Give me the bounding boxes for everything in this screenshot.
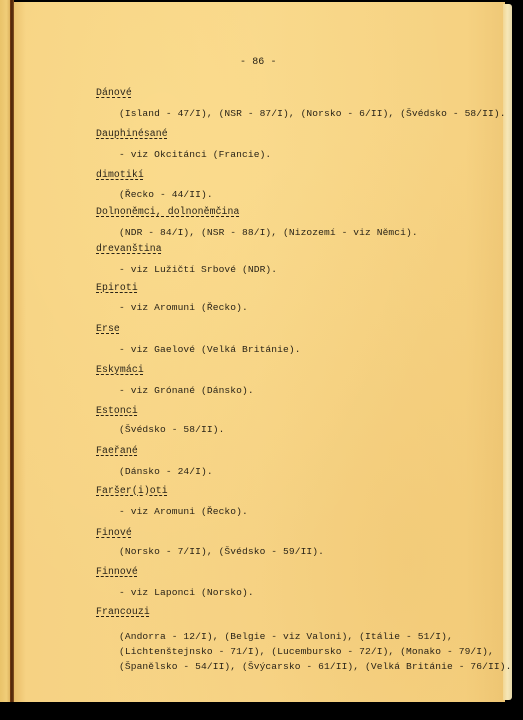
entry-text: - viz Aromuni (Řecko). [119,302,248,313]
entry-headword: Finnové [96,566,138,577]
entry-headword: Francouzi [96,606,150,617]
entry-headword: Epiroti [96,282,138,293]
entry-headword: Faršer(i)oti [96,485,168,496]
entry-headword: Finové [96,527,132,538]
entry-text: (Norsko - 7/II), (Švédsko - 59/II). [119,546,324,557]
entry-headword: dimotikí [96,169,144,180]
entry-text: - viz Aromuni (Řecko). [119,506,248,517]
entry-headword: drevanština [96,243,162,254]
entry-text: (Švédsko - 58/II). [119,424,224,435]
entry-text: (Dánsko - 24/I). [119,466,213,477]
page-number: - 86 - [240,57,277,68]
entry-text: - viz Okcitánci (Francie). [119,149,271,160]
entry-headword: Dauphinésané [96,128,168,139]
entry-headword: Dolnoněmci, dolnoněmčina [96,206,240,217]
entry-headword: Faeřané [96,445,138,456]
entry-headword: Dánové [96,87,132,98]
typewritten-text: - 86 - Dánové (Island - 47/I), (NSR - 87… [0,0,523,720]
entry-text: (Španělsko - 54/II), (Švýcarsko - 61/II)… [119,661,511,672]
entry-text: (Andorra - 12/I), (Belgie - viz Valoni),… [119,631,453,642]
entry-headword: Erse [96,323,120,334]
entry-text: (Lichtenštejnsko - 71/I), (Lucembursko -… [119,646,494,657]
entry-headword: Eskymáci [96,364,144,375]
entry-headword: Estonci [96,405,138,416]
entry-text: - viz Laponci (Norsko). [119,587,254,598]
entry-text: (Řecko - 44/II). [119,189,213,200]
entry-text: - viz Gaelové (Velká Británie). [119,344,301,355]
entry-text: - viz Lužičtí Srbové (NDR). [119,264,277,275]
entry-text: - viz Grónané (Dánsko). [119,385,254,396]
entry-text: (Island - 47/I), (NSR - 87/I), (Norsko -… [119,108,506,119]
scanned-document: - 86 - Dánové (Island - 47/I), (NSR - 87… [0,0,523,720]
entry-text: (NDR - 84/I), (NSR - 88/I), (Nizozemí - … [119,227,418,238]
